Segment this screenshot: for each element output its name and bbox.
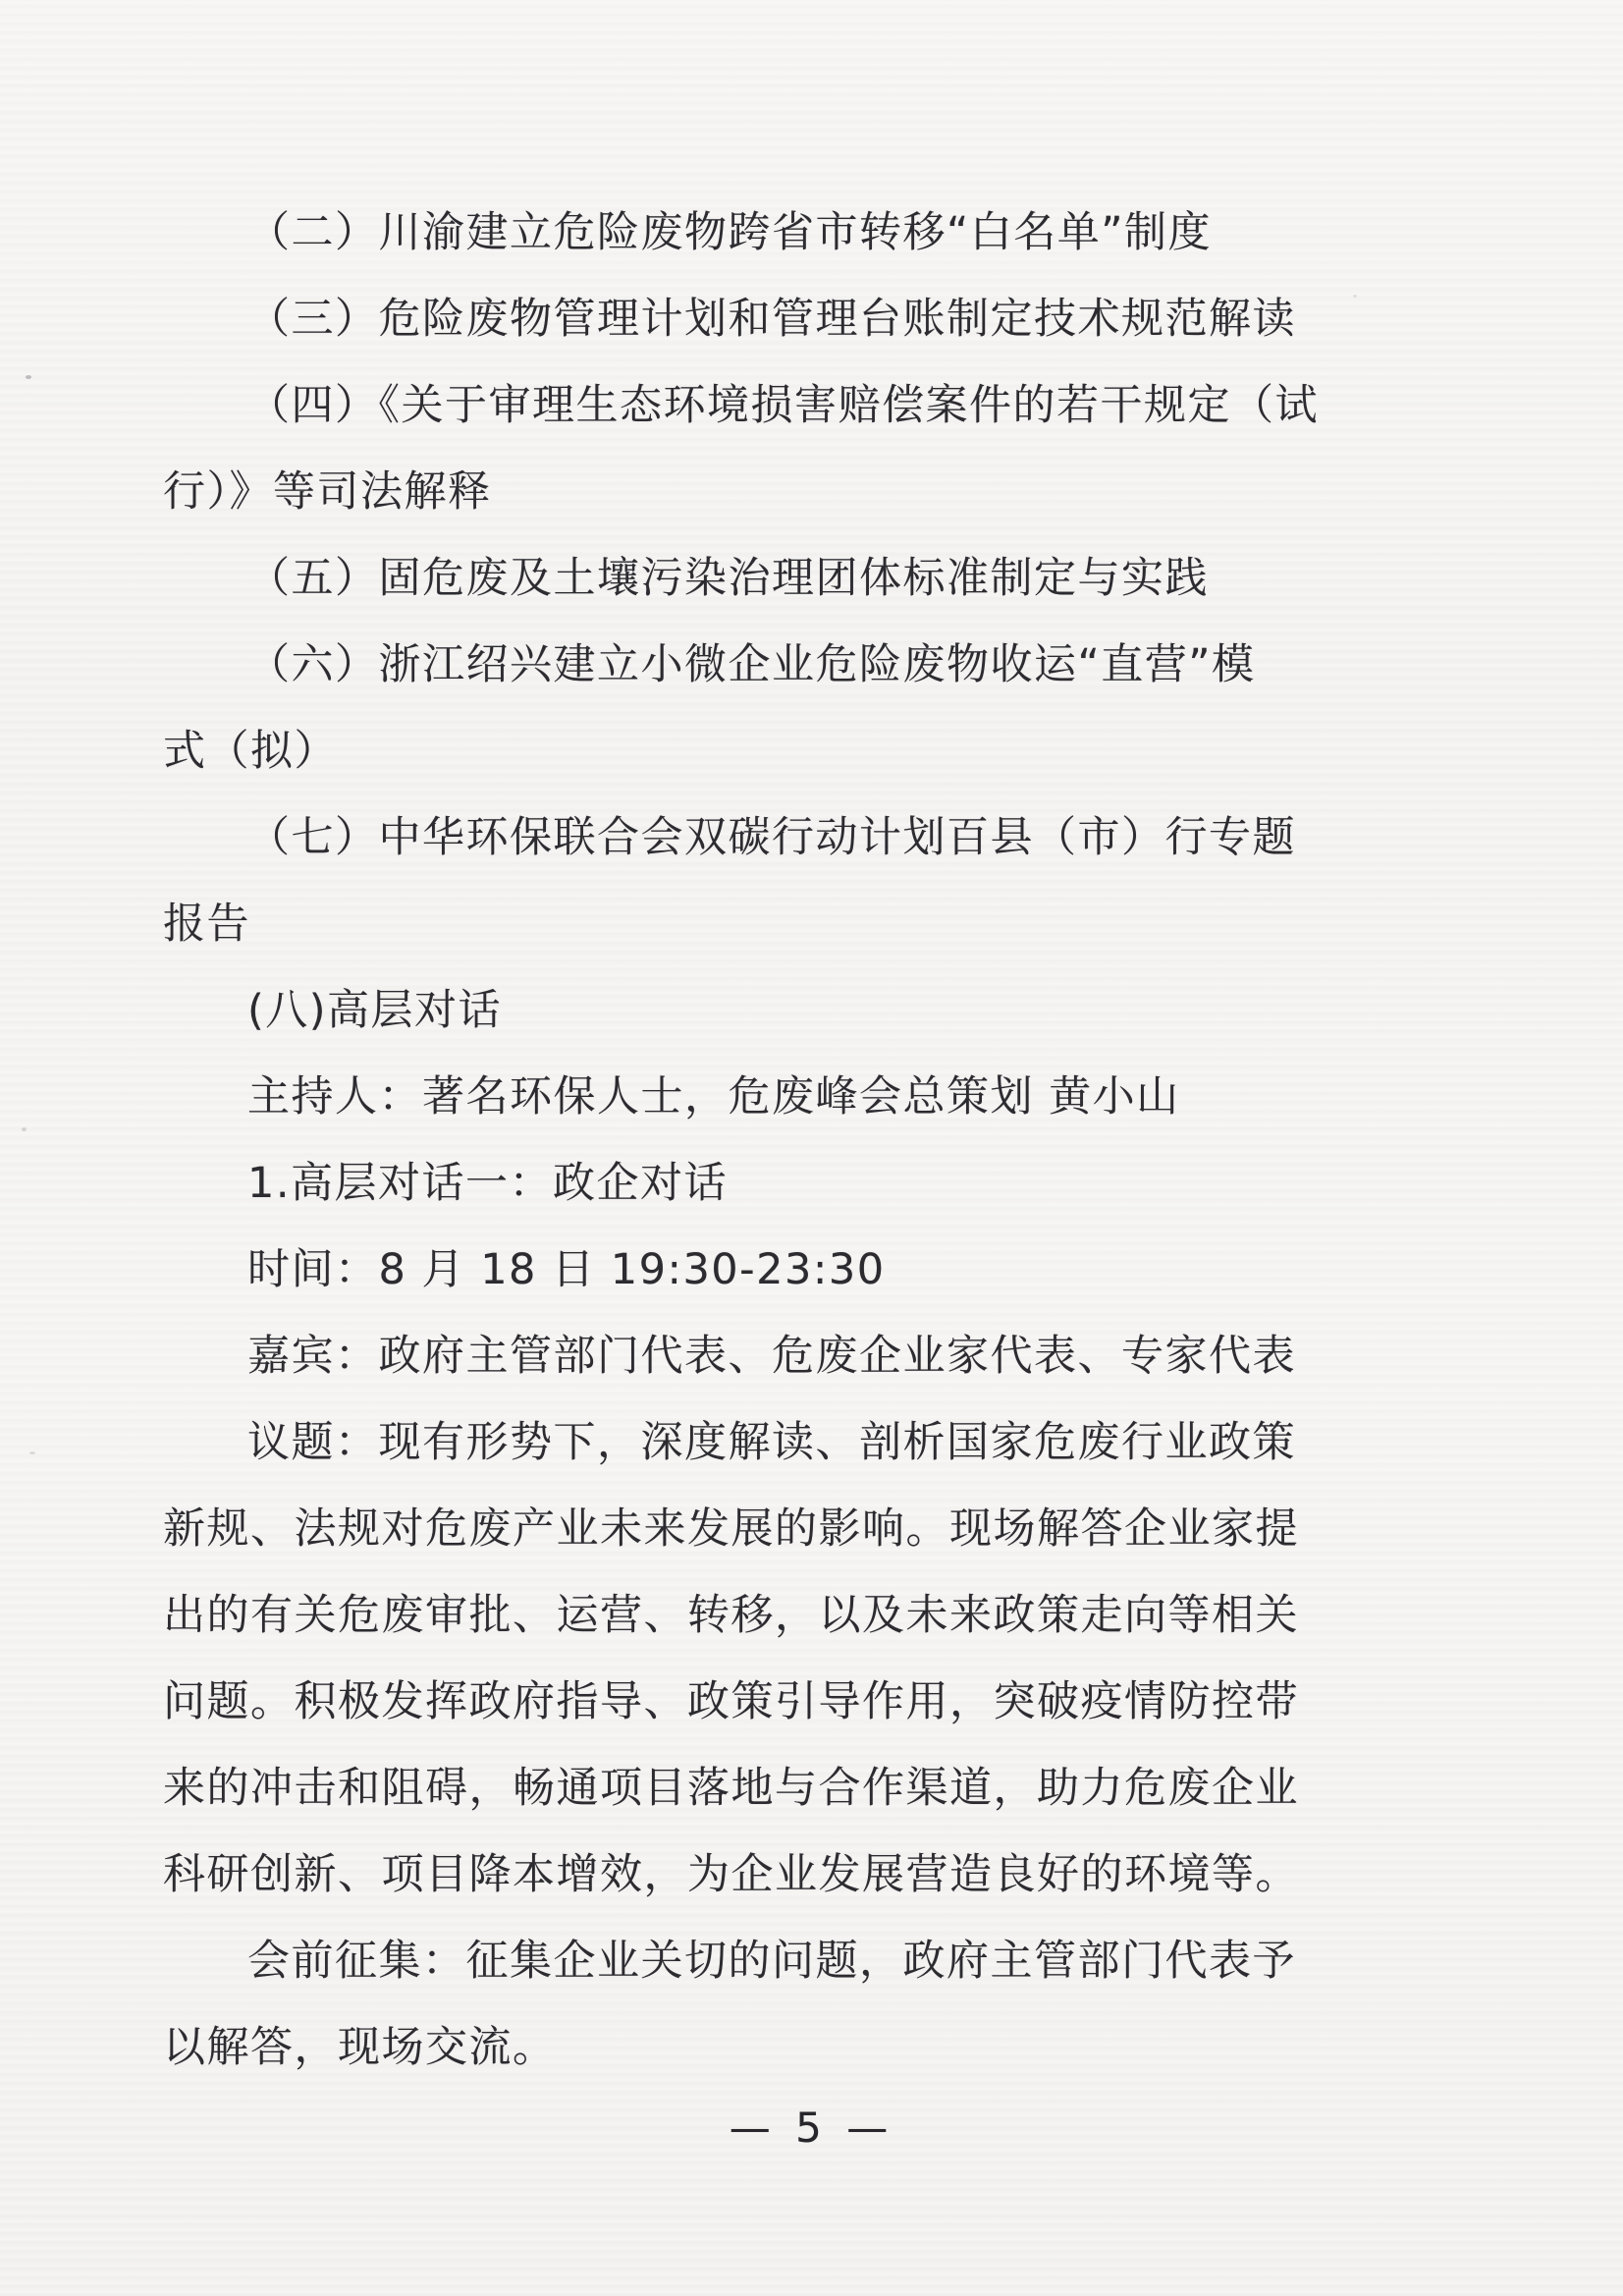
text-line: 报告 <box>163 877 1488 963</box>
text-line: （七）中华环保联合会双碳行动计划百县（市）行专题 <box>163 791 1488 877</box>
text-line: 时间：8 月 18 日 19:30-23:30 <box>163 1223 1488 1309</box>
text-line: 行）》等司法解释 <box>163 445 1488 531</box>
text-line: 1.高层对话一：政企对话 <box>163 1136 1488 1223</box>
text-line: 问题。积极发挥政府指导、政策引导作用，突破疫情防控带 <box>163 1655 1488 1741</box>
text-line: （二）川渝建立危险废物跨省市转移“白名单”制度 <box>163 186 1488 272</box>
document-page: （二）川渝建立危险废物跨省市转移“白名单”制度 （三）危险废物管理计划和管理台账… <box>0 0 1623 2296</box>
text-line: 式（拟） <box>163 704 1488 791</box>
page-number: — 5 — <box>0 2104 1623 2152</box>
text-line: 主持人：著名环保人士，危废峰会总策划 黄小山 <box>163 1050 1488 1136</box>
scan-artifact <box>22 1127 27 1131</box>
text-line: 来的冲击和阻碍，畅通项目落地与合作渠道，助力危废企业 <box>163 1741 1488 1828</box>
text-line: （五）固危废及土壤污染治理团体标准制定与实践 <box>163 531 1488 618</box>
scan-artifact <box>29 1451 35 1454</box>
text-line: 科研创新、项目降本增效，为企业发展营造良好的环境等。 <box>163 1828 1488 1914</box>
text-line: 嘉宾：政府主管部门代表、危废企业家代表、专家代表 <box>163 1309 1488 1395</box>
text-line: 议题：现有形势下，深度解读、剖析国家危废行业政策 <box>163 1395 1488 1482</box>
text-line: （三）危险废物管理计划和管理台账制定技术规范解读 <box>163 272 1488 358</box>
text-line: 出的有关危废审批、运营、转移，以及未来政策走向等相关 <box>163 1568 1488 1655</box>
text-line: 以解答，现场交流。 <box>163 2000 1488 2087</box>
document-body: （二）川渝建立危险废物跨省市转移“白名单”制度 （三）危险废物管理计划和管理台账… <box>163 186 1488 2087</box>
text-line: (八)高层对话 <box>163 963 1488 1050</box>
text-line: （六）浙江绍兴建立小微企业危险废物收运“直营”模 <box>163 618 1488 704</box>
text-line: （四）《关于审理生态环境损害赔偿案件的若干规定（试 <box>163 358 1488 445</box>
text-line: 新规、法规对危废产业未来发展的影响。现场解答企业家提 <box>163 1482 1488 1568</box>
scan-artifact <box>26 375 31 379</box>
text-line: 会前征集：征集企业关切的问题，政府主管部门代表予 <box>163 1914 1488 2000</box>
